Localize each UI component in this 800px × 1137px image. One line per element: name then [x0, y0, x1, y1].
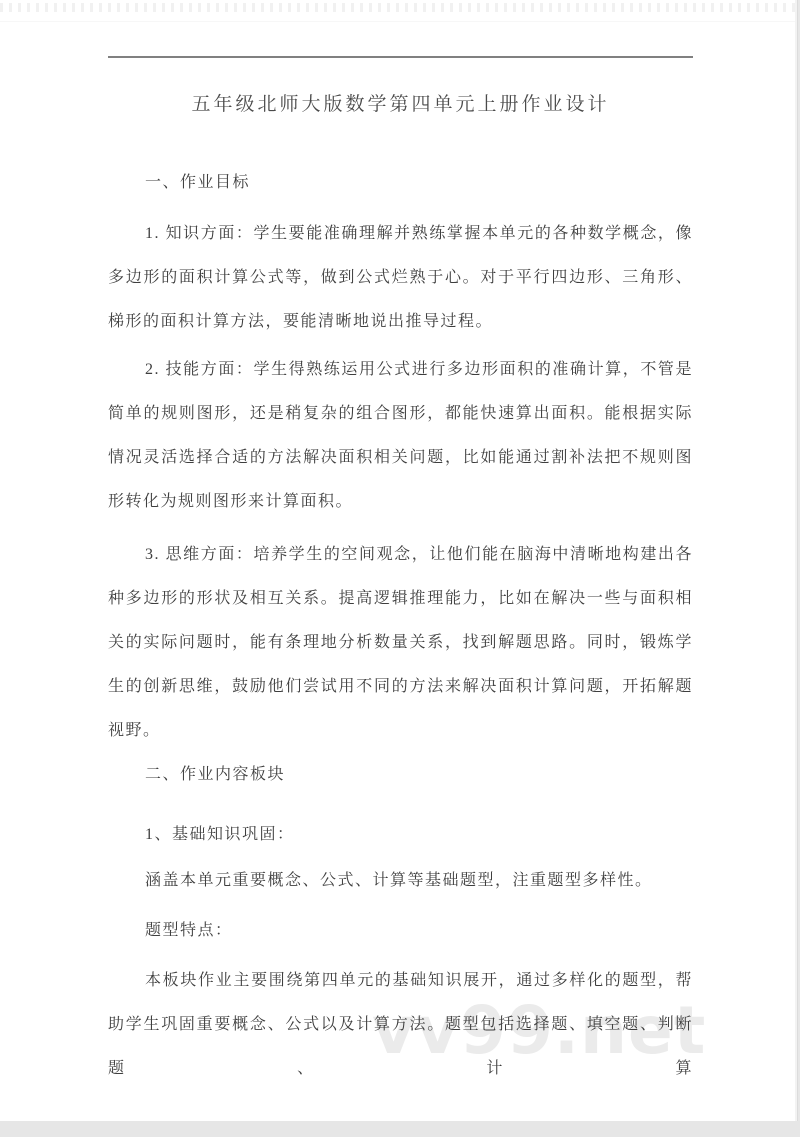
section-heading-homework-content: 二、作业内容板块 [108, 753, 693, 797]
section-heading-homework-goals: 一、作业目标 [108, 161, 693, 205]
paragraph-skill-aspect: 2. 技能方面：学生得熟练运用公式进行多边形面积的准确计算，不管是简单的规则图形… [108, 348, 693, 524]
document-title: 五年级北师大版数学第四单元上册作业设计 [108, 91, 693, 119]
page-top-faint-line [0, 21, 797, 22]
subsection-heading-basic-knowledge: 1、基础知识巩固： [108, 813, 693, 857]
paragraph-coverage: 涵盖本单元重要概念、公式、计算等基础题型，注重题型多样性。 [108, 859, 693, 903]
document-page: vv99.net 五年级北师大版数学第四单元上册作业设计 一、作业目标 1. 知… [0, 0, 798, 1121]
page-top-perforation-texture [0, 3, 797, 12]
paragraph-thinking-aspect: 3. 思维方面：培养学生的空间观念，让他们能在脑海中清晰地构建出各种多边形的形状… [108, 533, 693, 753]
background-bottom-band [0, 1121, 800, 1137]
document-content: 五年级北师大版数学第四单元上册作业设计 一、作业目标 1. 知识方面：学生要能准… [0, 56, 797, 1091]
subsection-heading-question-features: 题型特点： [108, 909, 693, 953]
paragraph-question-types: 本板块作业主要围绕第四单元的基础知识展开，通过多样化的题型，帮助学生巩固重要概念… [108, 959, 693, 1091]
header-rule [108, 56, 693, 58]
paragraph-knowledge-aspect: 1. 知识方面：学生要能准确理解并熟练掌握本单元的各种数学概念，像多边形的面积计… [108, 212, 693, 344]
